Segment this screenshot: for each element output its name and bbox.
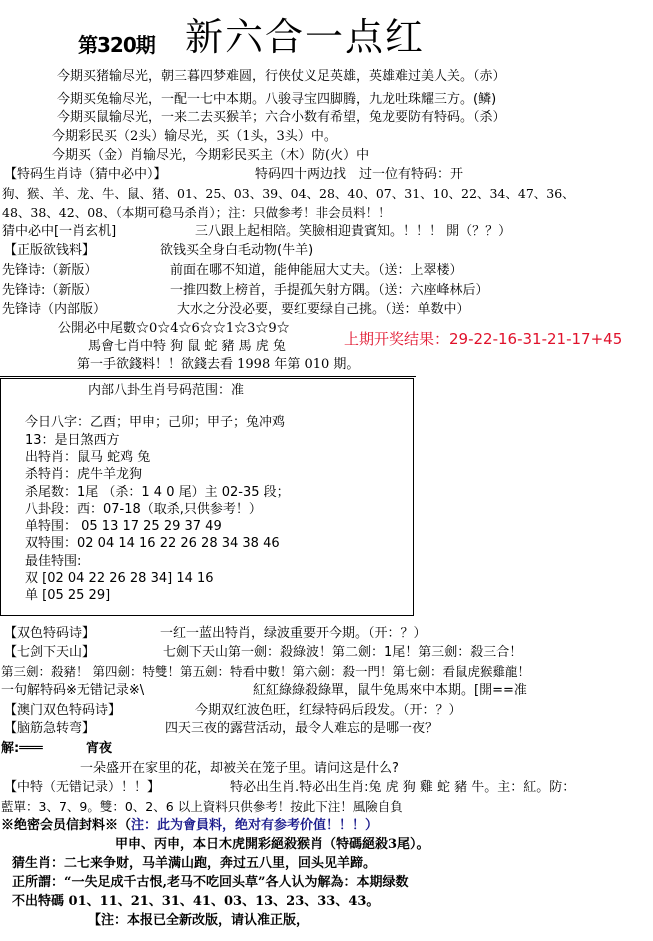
xianfeng-label-2: 先锋诗:（新版）: [2, 284, 97, 299]
yiju-text: 紅紅綠綠殺綠單，鼠牛兔馬來中本期。[開==准: [253, 684, 527, 699]
bagua-row: 出特肖：鼠马 蛇鸡 兔: [25, 451, 150, 466]
member-line3: 正所謂：“一失足成千古恨,老马不吃回头草”各人认为解為：本期绿数: [12, 876, 408, 891]
bagua-row: 单 [05 25 29]: [25, 589, 110, 604]
weishu-line: 公開必中尾數☆0☆4☆6☆☆1☆3☆9☆: [58, 322, 290, 337]
shuangse-label: 【双色特码诗】: [4, 627, 95, 642]
zhongte-label: 【中特（无错记录）！！】: [4, 781, 160, 796]
aomen-text: 今期双红波色旺，红绿特码后段发。（开：？）: [195, 704, 462, 719]
naojin-riddle: 一朵盛开在家里的花，却被关在笼子里。请问这是什么?: [80, 762, 399, 777]
yishou-line: 第一手欲錢料！！欲錢去看 1998 年第 010 期。: [77, 358, 359, 373]
tema-poem-label: 【特码生肖诗（猜中必中）】: [4, 168, 167, 183]
qijian-label: 【七剑下天山】: [4, 646, 95, 661]
zhongte-text: 特必出生肖.特必出生肖:兔 虎 狗 雞 蛇 豬 牛。主：紅。防：: [230, 781, 575, 796]
xianfeng-text-3: 大水之分没必要，要红要绿自己挑。（送：单数中）: [177, 303, 470, 318]
tema-poem-text: 特码四十两边找 过一位有特码：开: [255, 168, 463, 183]
bagua-row: 八卦段：西：07-18（取杀,只供参考！）: [25, 503, 262, 518]
bagua-row: 今日八字：乙酉；甲申；己卯；甲子；兔冲鸡: [25, 416, 285, 431]
naojin-answer-label: 解:═══: [1, 742, 43, 757]
bagua-row: 杀尾数：1尾 （杀：1 4 0 尾）主 02-35 段；: [25, 486, 290, 501]
divider: [0, 376, 416, 377]
member-note: 注：此为會員料，绝对有参考价值！！！）: [131, 818, 378, 833]
qijian-text: 七劍下天山第一劍：殺綠波！第二劍：1尾！第三劍：殺三合！: [163, 646, 522, 661]
intro-line-1: 今期买猪输尽光，朝三暮四梦难圆，行侠仗义足英雄，英雄难过美人关。（赤）: [57, 70, 506, 85]
bagua-box-title: 内部八卦生肖号码范围：准: [88, 384, 244, 399]
bagua-row: 13：是日煞西方: [25, 434, 120, 449]
zhongte-line2: 藍單：3、7、9。雙：0、2、6 以上資料只供參考！按此下注！風險自負: [1, 800, 403, 814]
bagua-row: 最佳特围:: [25, 555, 81, 570]
naojin-answer: 宵夜: [86, 742, 112, 757]
issue-number: 第320期: [78, 34, 155, 57]
xianfeng-label-1: 先锋诗:（新版）: [2, 264, 97, 279]
xianfeng-text-2: 一推四数上榜首，手提孤矢射方隅。（送：六座峰林后）: [170, 284, 489, 299]
member-footer: 【注：本报已全新改版，请认准正版，: [88, 914, 309, 929]
aomen-label: 【澳门双色特码诗】: [4, 704, 121, 719]
yiju-label: 一句解特码※无错记录※\: [1, 684, 144, 699]
last-result-numbers: 29-22-16-31-21-17+45: [449, 330, 622, 348]
last-result-label: 上期开奖结果：: [344, 330, 449, 348]
intro-line-5: 今期买（金）肖输尽光，今期彩民买主（木）防(火）中: [52, 149, 369, 164]
naojin-text: 四天三夜的露营活动，最令人难忘的是哪一夜？: [165, 722, 438, 737]
xianfeng-text-1: 前面在哪不知道，能伸能屈大丈夫。（送：上翠楼）: [170, 264, 463, 279]
bagua-row: 双特围：02 04 14 16 22 26 28 34 38 46: [25, 537, 280, 552]
last-result: 上期开奖结果：29-22-16-31-21-17+45: [344, 331, 622, 348]
xianfeng-label-3: 先锋诗（内部版）: [2, 303, 106, 318]
bagua-row: 单特围： 05 13 17 25 29 37 49: [25, 520, 222, 535]
yuqian-label: 【正版欲钱料】: [4, 244, 95, 259]
member-line4: 不出特碼 01、11、21、31、41、03、13、23、33、43。: [12, 895, 379, 910]
intro-line-2: 今期买兔输尽光，一配一七中本期。八骏寻宝四脚腾，九龙吐珠耀三方。(鳞): [57, 93, 496, 108]
tema-poem-line2: 狗、猴、羊、龙、牛、鼠、猪、01、25、03、39、04、28、40、07、31…: [2, 187, 575, 201]
naojin-label: 【脑筋急转弯】: [4, 722, 95, 737]
intro-line-3: 今期买鼠输尽光，一来二去买猴羊；六合小数有希望，兔龙要防有特码。（杀）: [57, 111, 506, 126]
shuangse-text: 一红一蓝出特肖，绿波重要开今期。（开：？）: [160, 627, 427, 642]
member-label: ※绝密会员信封料※（: [1, 818, 131, 833]
qijian-line2: 第三劍：殺豬！ 第四劍：特雙！第五劍：特看中數！第六劍：殺一門！第七劍：看鼠虎猴…: [1, 665, 530, 679]
tema-poem-line3: 48、38、42、08、（本期可稳马杀肖）；注：只做参考！非会员料！！: [2, 206, 391, 220]
yixiao-label: 猜中必中[一肖玄机]: [2, 225, 116, 240]
page-title: 新六合一点红: [185, 16, 425, 60]
bagua-row: 杀特肖：虎牛羊龙狗: [25, 468, 142, 483]
intro-line-4: 今期彩民买（2头）输尽光，买（1头，3头）中。: [52, 130, 337, 145]
member-line1: 甲申、丙申，本日木虎開彩絕殺猴肖（特碼絕殺3尾）。: [115, 838, 430, 853]
bagua-row: 双 [02 04 22 26 28 34] 14 16: [25, 572, 214, 587]
member-line: ※绝密会员信封料※（注：此为會員料，绝对有参考价值！！！）: [1, 819, 378, 834]
yuqian-text: 欲钱买全身白毛动物(牛羊): [160, 244, 313, 259]
qixiao-line: 馬會七肖中特 狗 鼠 蛇 豬 馬 虎 兔: [88, 340, 286, 355]
member-line2: 猜生肖：二七来争财，马羊满山跑，奔过五八里，回头见羊蹄。: [12, 857, 376, 872]
yixiao-text: 三八跟上起相陪。笑臉相迎貴賓知。！！！ 開（？？）: [195, 225, 511, 240]
